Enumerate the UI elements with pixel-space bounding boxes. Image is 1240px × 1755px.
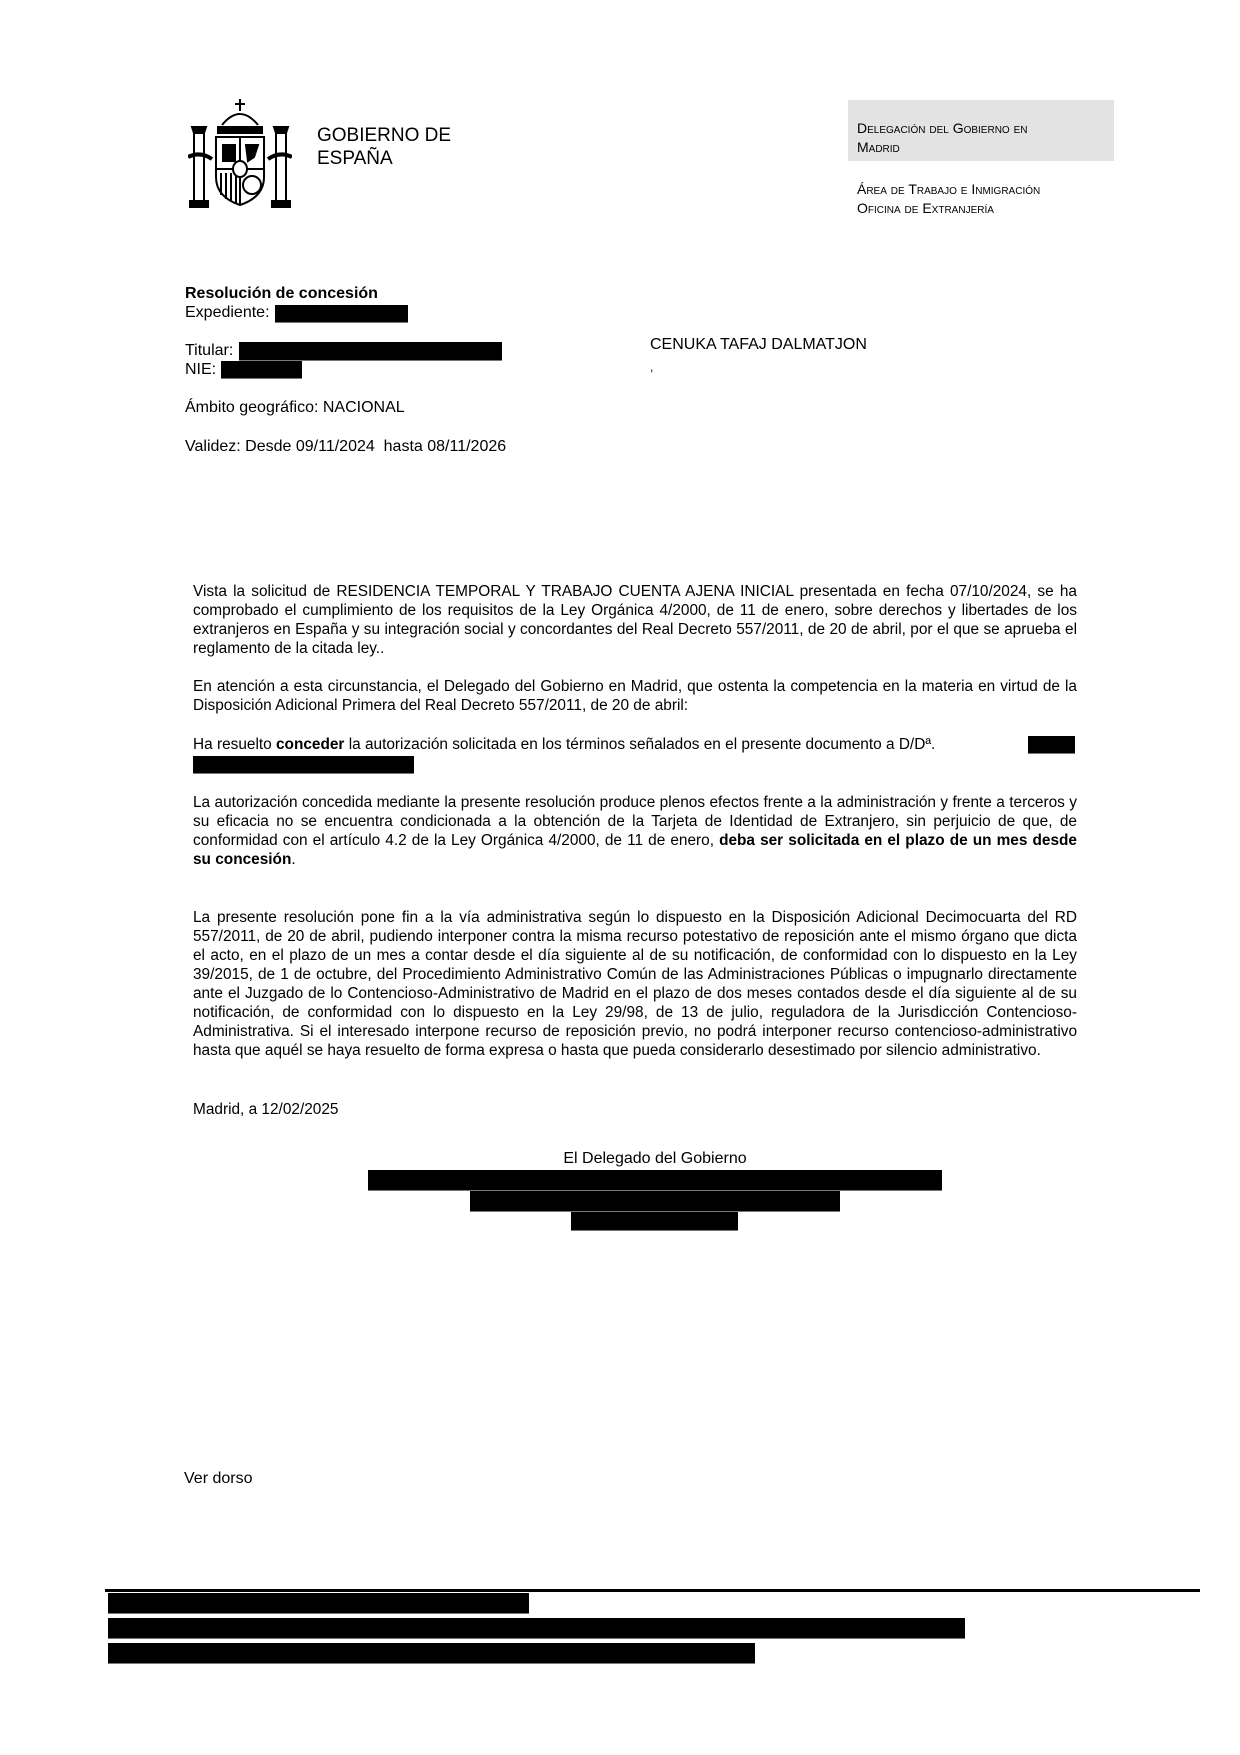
government-title: GOBIERNO DE ESPAÑA — [317, 124, 451, 170]
paragraph-resuelto: Ha resuelto conceder la autorización sol… — [193, 735, 1023, 754]
paragraph-atencion: En atención a esta circunstancia, el Del… — [193, 677, 1077, 715]
gov-title-line2: ESPAÑA — [317, 147, 451, 170]
footer-redaction-3 — [108, 1643, 755, 1664]
ver-dorso: Ver dorso — [184, 1470, 252, 1488]
paragraph-autorizacion: La autorización concedida mediante la pr… — [193, 793, 1077, 869]
holder-redaction-1 — [1028, 736, 1075, 754]
resuelto-post: la autorización solicitada en los términ… — [344, 736, 935, 753]
titular-name: CENUKA TAFAJ DALMATJON — [650, 335, 867, 354]
delegation-label: Delegación del Gobierno en Madrid — [857, 119, 1027, 157]
titular-label: Titular: — [185, 341, 233, 360]
paragraph-solicitud: Vista la solicitud de RESIDENCIA TEMPORA… — [193, 582, 1077, 658]
resuelto-pre: Ha resuelto — [193, 736, 276, 753]
delegation-line2: Madrid — [857, 138, 1027, 157]
place-date: Madrid, a 12/02/2025 — [193, 1100, 1077, 1119]
signature-redaction-1 — [368, 1170, 942, 1191]
signature-title: El Delegado del Gobierno — [368, 1150, 942, 1168]
validez: Validez: Desde 09/11/2024 hasta 08/11/20… — [185, 437, 506, 456]
holder-redaction-2 — [193, 756, 414, 774]
area-label: Área de Trabajo e Inmigración Oficina de… — [857, 180, 1040, 218]
footer-divider — [105, 1589, 1200, 1592]
ambito-geografico: Ámbito geográfico: NACIONAL — [185, 398, 405, 417]
resuelto-bold: conceder — [276, 736, 344, 753]
delegation-line1: Delegación del Gobierno en — [857, 119, 1027, 138]
expediente-label: Expediente: — [185, 303, 270, 322]
signature-redaction-3 — [571, 1212, 738, 1231]
signature-redaction-2 — [470, 1191, 840, 1212]
footer-redaction-1 — [108, 1593, 529, 1614]
nie-redaction — [221, 361, 302, 379]
resolution-title: Resolución de concesión — [185, 284, 378, 303]
area-line1: Área de Trabajo e Inmigración — [857, 180, 1040, 199]
nie-label: NIE: — [185, 360, 216, 379]
gov-title-line1: GOBIERNO DE — [317, 124, 451, 147]
autorizacion-post: . — [291, 851, 295, 868]
footer-redaction-2 — [108, 1618, 965, 1639]
spain-coat-of-arms-icon — [188, 97, 292, 211]
area-line2: Oficina de Extranjería — [857, 199, 1040, 218]
titular-extra: , — [650, 358, 653, 377]
expediente-redaction — [275, 305, 408, 323]
titular-redaction — [239, 342, 502, 361]
paragraph-recurso: La presente resolución pone fin a la vía… — [193, 908, 1077, 1060]
